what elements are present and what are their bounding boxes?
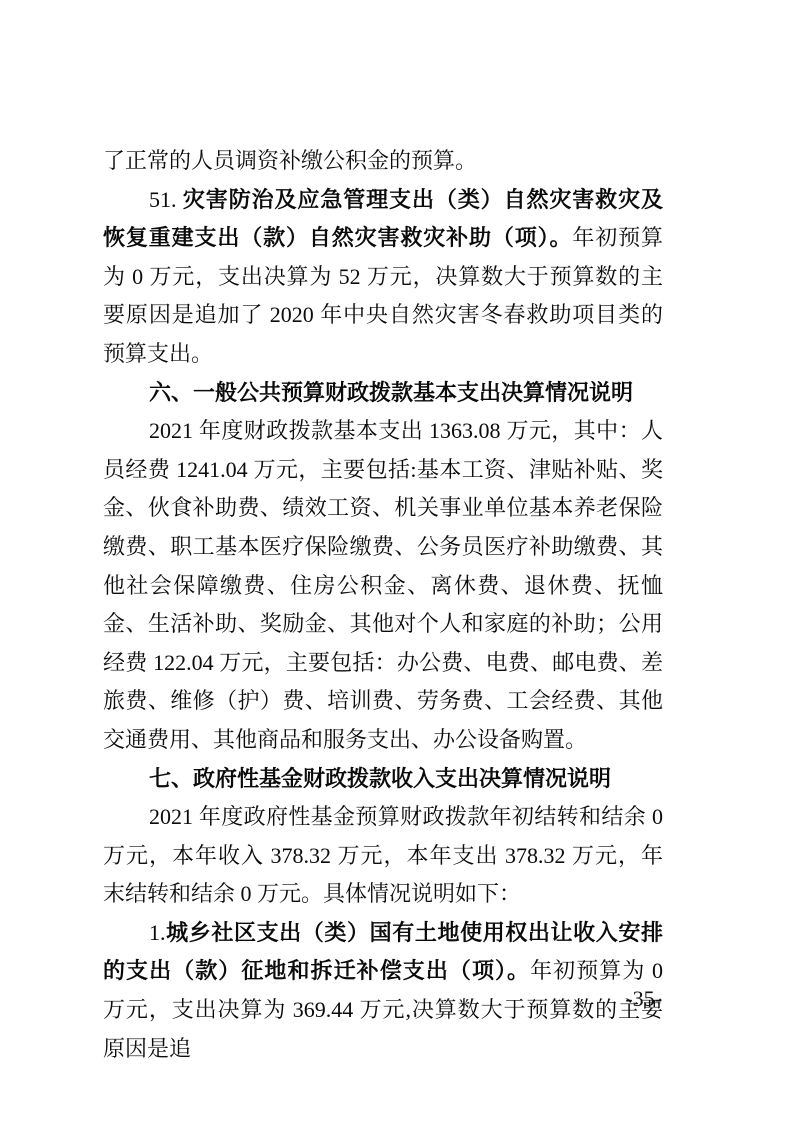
section-6-heading: 六、一般公共预算财政拨款基本支出决算情况说明 [103, 374, 663, 413]
section-7-heading: 七、政府性基金财政拨款收入支出决算情况说明 [103, 760, 663, 799]
document-page: 了正常的人员调资补缴公积金的预算。 51. 灾害防治及应急管理支出（类）自然灾害… [0, 0, 793, 1122]
paragraph-item-1: 1.城乡社区支出（类）国有土地使用权出让收入安排的支出（款）征地和拆迁补偿支出（… [103, 914, 663, 1068]
document-body: 了正常的人员调资补缴公积金的预算。 51. 灾害防治及应急管理支出（类）自然灾害… [103, 142, 663, 1068]
item-51-number: 51. [149, 187, 183, 212]
section-6-body: 2021 年度财政拨款基本支出 1363.08 万元，其中：人员经费 1241.… [103, 412, 663, 759]
item-1-number: 1. [149, 920, 166, 945]
section-7-body: 2021 年度政府性基金预算财政拨款年初结转和结余 0 万元，本年收入 378.… [103, 798, 663, 914]
paragraph-item-51: 51. 灾害防治及应急管理支出（类）自然灾害救灾及恢复重建支出（款）自然灾害救灾… [103, 181, 663, 374]
paragraph-text: 了正常的人员调资补缴公积金的预算。 [103, 148, 477, 173]
paragraph-continuation: 了正常的人员调资补缴公积金的预算。 [103, 142, 663, 181]
page-number: -35- [625, 986, 662, 1012]
